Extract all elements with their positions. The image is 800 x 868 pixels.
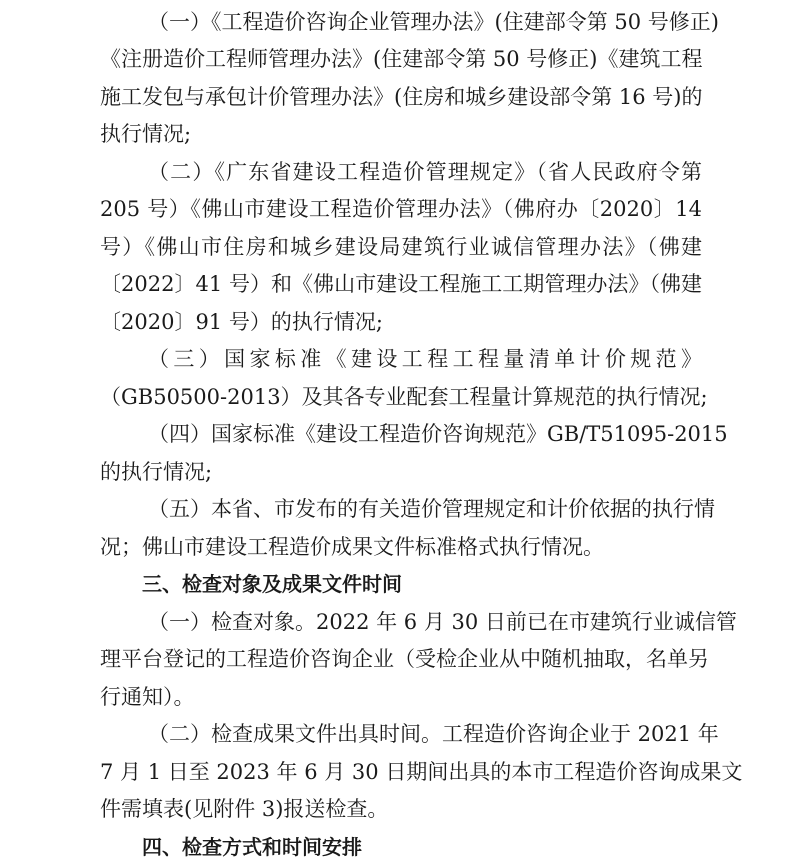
paragraph-line: （一）检查对象。2022 年 6 月 30 日前已在市建筑行业诚信管 — [148, 603, 702, 641]
paragraph-line: （二）《广东省建设工程造价管理规定》（省人民政府令第 — [148, 153, 702, 191]
paragraph-line: （三）国家标准《建设工程工程量清单计价规范》 — [148, 340, 702, 378]
paragraph-line: （一）《工程造价咨询企业管理办法》(住建部令第 50 号修正) — [148, 3, 702, 41]
section-heading: 三、检查对象及成果文件时间 — [142, 565, 402, 603]
paragraph-line: 施工发包与承包计价管理办法》(住房和城乡建设部令第 16 号)的 — [100, 78, 702, 116]
paragraph-line: 行通知）。 — [100, 678, 195, 716]
paragraph-line: （五）本省、市发布的有关造价管理规定和计价依据的执行情 — [148, 490, 702, 528]
paragraph-line: （GB50500-2013）及其各专业配套工程量计算规范的执行情况; — [100, 378, 708, 416]
paragraph-line: 理平台登记的工程造价咨询企业（受检企业从中随机抽取，名单另 — [100, 640, 702, 678]
paragraph-line: 件需填表(见附件 3)报送检查。 — [100, 790, 388, 828]
paragraph-line: （二）检查成果文件出具时间。工程造价咨询企业于 2021 年 — [148, 715, 702, 753]
paragraph-line: 205 号）《佛山市建设工程造价管理办法》（佛府办〔2020〕14 — [100, 190, 702, 228]
paragraph-line: 号）《佛山市住房和城乡建设局建筑行业诚信管理办法》（佛建 — [100, 228, 702, 266]
paragraph-line: 7 月 1 日至 2023 年 6 月 30 日期间出具的本市工程造价咨询成果文 — [100, 753, 702, 791]
paragraph-line: 《注册造价工程师管理办法》(住建部令第 50 号修正)《建筑工程 — [100, 40, 702, 78]
paragraph-line: 〔2020〕91 号）的执行情况; — [100, 303, 383, 341]
paragraph-line: 的执行情况; — [100, 453, 212, 491]
section-heading: 四、检查方式和时间安排 — [142, 828, 362, 866]
paragraph-line: 执行情况; — [100, 115, 191, 153]
paragraph-line: 〔2022〕41 号）和《佛山市建设工程施工工期管理办法》（佛建 — [100, 265, 702, 303]
paragraph-line: 况；佛山市建设工程造价成果文件标准格式执行情况。 — [100, 528, 604, 566]
paragraph-line: （四）国家标准《建设工程造价咨询规范》GB/T51095-2015 — [148, 415, 702, 453]
